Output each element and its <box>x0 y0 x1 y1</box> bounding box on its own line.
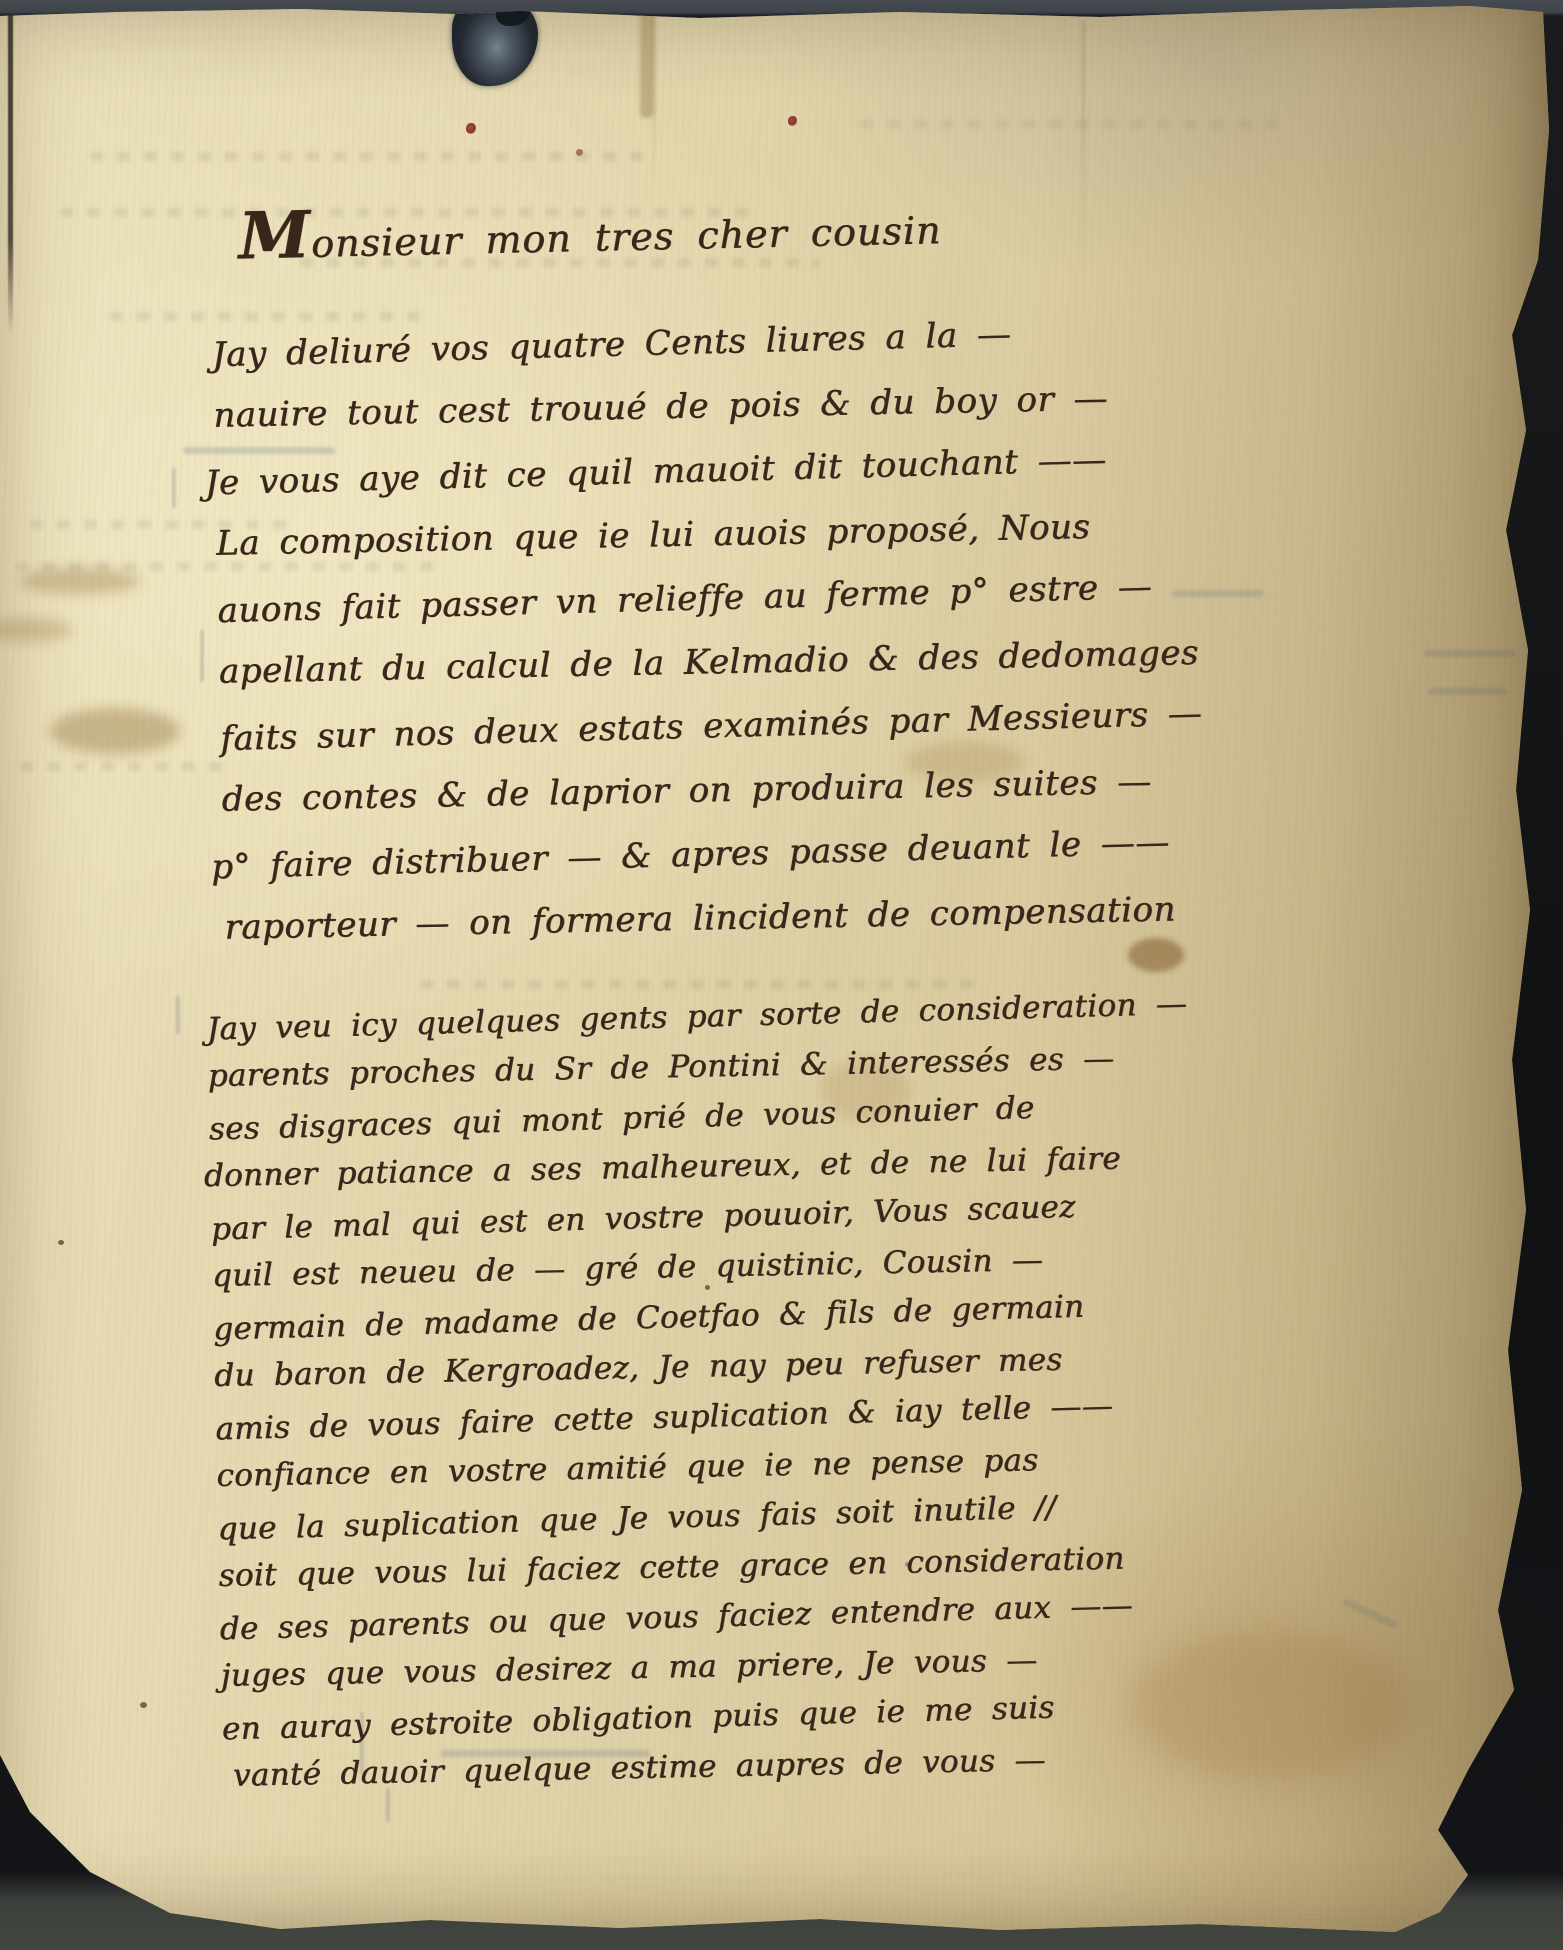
manuscript-photo: Monsieur mon tres cher cousin Jay deliur… <box>0 0 1563 1950</box>
letter-salutation: Monsieur mon tres cher cousin <box>238 183 942 274</box>
letter-paragraph-1: Jay deliuré vos quatre Cents liures a la… <box>212 312 1208 973</box>
letter-paper-sheet: Monsieur mon tres cher cousin Jay deliur… <box>0 0 1563 1950</box>
letter-paragraph-2: Jay veu icy quelques gents par sorte de … <box>206 988 1204 1809</box>
underlying-page-edge <box>8 14 13 334</box>
handwritten-text-layer: Monsieur mon tres cher cousin Jay deliur… <box>0 0 1563 1950</box>
